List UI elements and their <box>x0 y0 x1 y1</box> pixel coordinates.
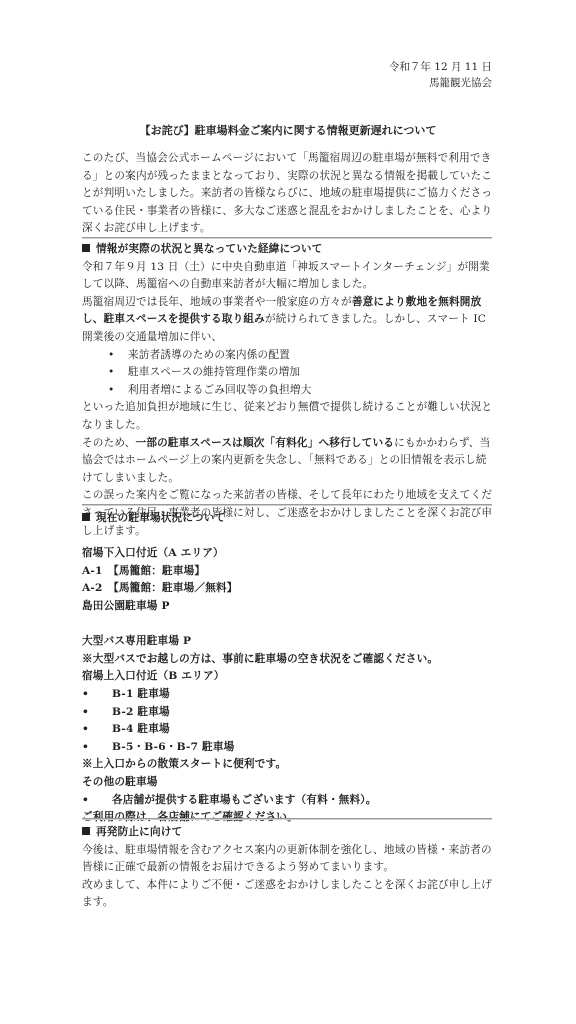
parking-item: 島田公園駐車場 P <box>82 598 494 616</box>
section-heading: 再発防止に向けて <box>82 824 494 842</box>
divider <box>82 818 492 820</box>
area-a-label: 宿場下入口付近（A エリア） <box>82 545 494 563</box>
parking-item: B-4 駐車場 <box>82 721 494 739</box>
document-title: 【お詫び】駐車場料金ご案内に関する情報更新遅れについて <box>0 122 576 138</box>
section-prevention: 再発防止に向けて 今後は、駐車場情報を含むアクセス案内の更新体制を強化し、地域の… <box>82 824 494 912</box>
bus-parking-label: 大型バス専用駐車場 P <box>82 633 494 651</box>
paragraph: そのため、一部の駐車スペースは順次「有料化」へ移行しているにもかかわらず、当協会… <box>82 435 494 488</box>
paragraph: 改めまして、本件によりご不便・ご迷惑をおかけしましたことを深くお詫び申し上げます… <box>82 877 494 912</box>
parking-item: B-5・B-6・B-7 駐車場 <box>82 739 494 757</box>
parking-item: A-1 【馬籠館：駐車場】 <box>82 563 494 581</box>
parking-item: B-1 駐車場 <box>82 686 494 704</box>
other-parking-list: 各店舗が提供する駐車場もございます（有料・無料）。 <box>82 792 494 810</box>
area-b-label: 宿場上入口付近（B エリア） <box>82 668 494 686</box>
list-item: 来訪者誘導のための案内係の配置 <box>82 347 494 365</box>
paragraph: 今後は、駐車場情報を含むアクセス案内の更新体制を強化し、地域の皆様・来訪者の皆様… <box>82 842 494 877</box>
document-page: 令和７年 12 月 11 日 馬籠観光協会 【お詫び】駐車場料金ご案内に関する情… <box>0 0 576 1024</box>
list-item: 駐車スペースの維持管理作業の増加 <box>82 364 494 382</box>
parking-item: 各店舗が提供する駐車場もございます（有料・無料）。 <box>82 792 494 810</box>
issuing-organization: 馬籠観光協会 <box>389 75 492 91</box>
section-background: 情報が実際の状況と異なっていた経緯について 令和７年９月 13 日（土）に中央自… <box>82 241 494 540</box>
other-parking-label: その他の駐車場 <box>82 774 494 792</box>
square-bullet-icon <box>82 827 90 835</box>
square-bullet-icon <box>82 244 90 252</box>
issue-date: 令和７年 12 月 11 日 <box>389 59 492 75</box>
burden-list: 来訪者誘導のための案内係の配置 駐車スペースの維持管理作業の増加 利用者増による… <box>82 347 494 400</box>
area-b-list: B-1 駐車場 B-2 駐車場 B-4 駐車場 B-5・B-6・B-7 駐車場 <box>82 686 494 756</box>
document-header: 令和７年 12 月 11 日 馬籠観光協会 <box>389 59 492 91</box>
list-item: 利用者増によるごみ回収等の負担増大 <box>82 382 494 400</box>
divider <box>82 237 492 239</box>
intro-paragraph: このたび、当協会公式ホームページにおいて「馬籠宿周辺の駐車場が無料で利用できる」… <box>82 150 494 238</box>
area-b-note: ※上入口からの散策スタートに便利です。 <box>82 756 494 774</box>
paragraph: 令和７年９月 13 日（土）に中央自動車道「神坂スマートインターチェンジ」が開業… <box>82 259 494 294</box>
section-parking-status: 現在の駐車場状況について 宿場下入口付近（A エリア） A-1 【馬籠館：駐車場… <box>82 510 494 827</box>
divider <box>82 504 492 506</box>
paragraph: 馬籠宿周辺では長年、地域の事業者や一般家庭の方々が善意により敷地を無料開放し、駐… <box>82 294 494 347</box>
paragraph: といった追加負担が地域に生じ、従来どおり無償で提供し続けることが難しい状況となり… <box>82 399 494 434</box>
parking-item: A-2 【馬籠館：駐車場／無料】 <box>82 580 494 598</box>
parking-item: B-2 駐車場 <box>82 704 494 722</box>
square-bullet-icon <box>82 513 90 521</box>
section-heading: 現在の駐車場状況について <box>82 510 494 528</box>
bus-parking-note: ※大型バスでお越しの方は、事前に駐車場の空き状況をご確認ください。 <box>82 651 494 669</box>
section-heading: 情報が実際の状況と異なっていた経緯について <box>82 241 494 259</box>
